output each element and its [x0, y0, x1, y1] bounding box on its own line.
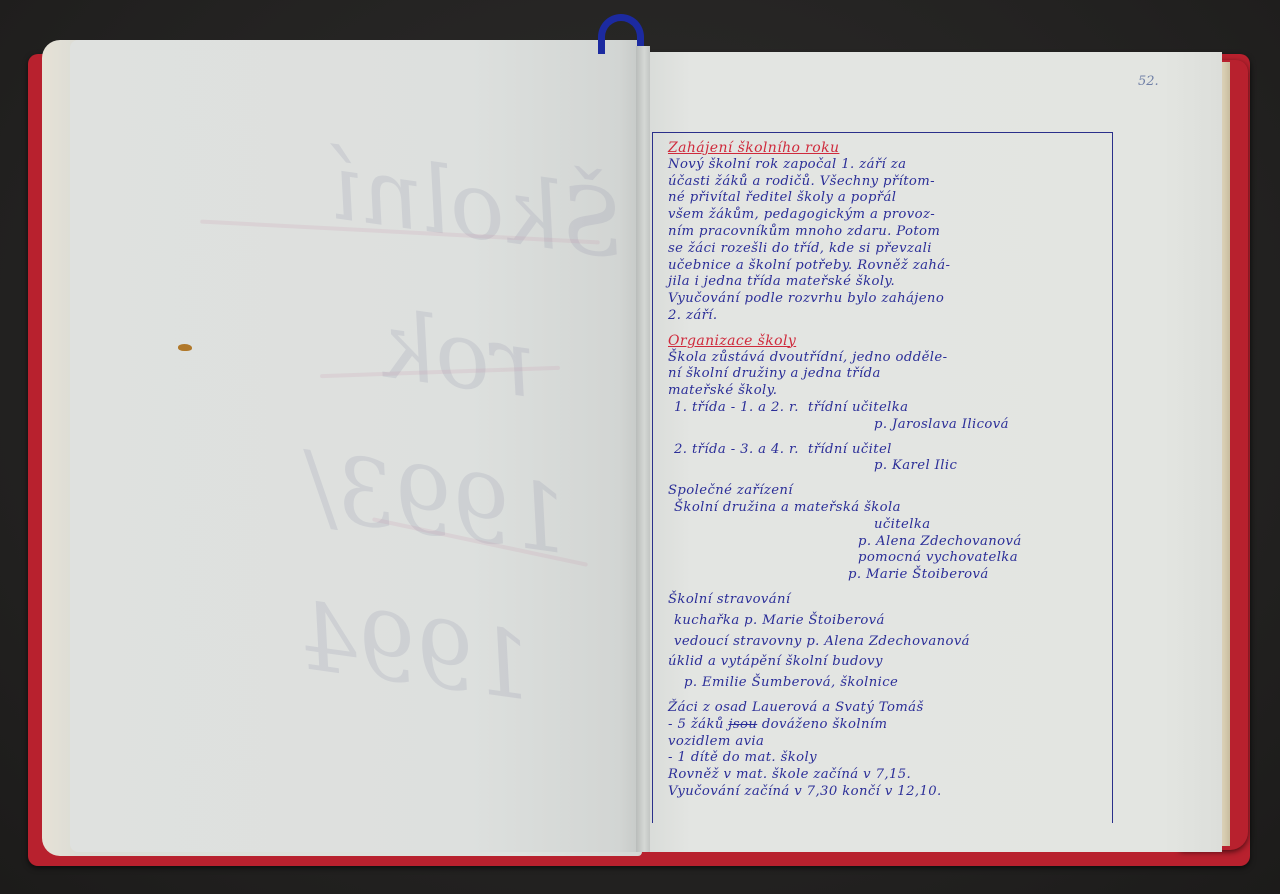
- stain-mark: [178, 344, 192, 351]
- class-person: p. Karel Ilic: [668, 458, 1118, 475]
- text-line: vedoucí stravovny p. Alena Zdechovanová: [668, 634, 1118, 651]
- text-line: Vyučování začíná v 7,30 končí v 12,10.: [668, 784, 1118, 801]
- text-line: 2. září.: [668, 308, 1118, 325]
- class-grades: - 1. a 2. r.: [731, 400, 799, 415]
- left-page: Školní rok 1993/ 1994: [70, 40, 642, 852]
- text-line: kuchařka p. Marie Štoiberová: [668, 613, 1118, 630]
- class-role: třídní učitel: [808, 442, 892, 457]
- page-number: 52.: [1138, 74, 1159, 89]
- class-label: 2. třída: [674, 442, 726, 457]
- class-row: 1. třída - 1. a 2. r. třídní učitelka: [668, 400, 1118, 417]
- text-line: - 5 žáků jsou dováženo školním: [668, 717, 1118, 734]
- text-line: účasti žáků a rodičů. Všechny přítom-: [668, 174, 1118, 191]
- text-line: všem žákům, pedagogickým a provoz-: [668, 207, 1118, 224]
- text-line: né přivítal ředitel školy a popřál: [668, 190, 1118, 207]
- text-line: Rovněž v mat. škole začíná v 7,15.: [668, 767, 1118, 784]
- class-label: 1. třída: [674, 400, 726, 415]
- staff-person: p. Alena Zdechovanová: [668, 534, 1118, 551]
- transport-text: dováženo školním: [762, 717, 888, 732]
- class-person: p. Jaroslava Ilicová: [668, 417, 1118, 434]
- text-line: Nový školní rok započal 1. září za: [668, 157, 1118, 174]
- text-line: se žáci rozešli do tříd, kde si převzali: [668, 241, 1118, 258]
- text-line: jila i jedna třída mateřské školy.: [668, 274, 1118, 291]
- text-line: Vyučování podle rozvrhu bylo zahájeno: [668, 291, 1118, 308]
- book-gutter: [636, 46, 650, 852]
- staff-person: p. Marie Štoiberová: [668, 567, 1118, 584]
- text-line: mateřské školy.: [668, 383, 1118, 400]
- text-line: úklid a vytápění školní budovy: [668, 654, 1118, 671]
- class-row: 2. třída - 3. a 4. r. třídní učitel: [668, 442, 1118, 459]
- text-line: vozidlem avia: [668, 734, 1118, 751]
- section-heading: Organizace školy: [668, 333, 1118, 350]
- staff-role: pomocná vychovatelka: [668, 550, 1118, 567]
- text-line: Škola zůstává dvoutřídní, jedno odděle-: [668, 350, 1118, 367]
- class-role: třídní učitelka: [808, 400, 908, 415]
- text-line: ním pracovníkům mnoho zdaru. Potom: [668, 224, 1118, 241]
- section-heading: Zahájení školního roku: [668, 140, 1118, 157]
- section-heading: Školní stravování: [668, 592, 1118, 609]
- text-line: Žáci z osad Lauerová a Svatý Tomáš: [668, 700, 1118, 717]
- text-line: - 1 dítě do mat. školy: [668, 750, 1118, 767]
- text-line: ní školní družiny a jedna třída: [668, 366, 1118, 383]
- text-line: p. Emilie Šumberová, školnice: [668, 675, 1118, 692]
- class-grades: - 3. a 4. r.: [731, 442, 799, 457]
- show-through-text: Školní rok 1993/ 1994: [183, 101, 642, 720]
- shared-facility-label: Společné zařízení: [668, 483, 1118, 500]
- handwritten-content: Zahájení školního roku Nový školní rok z…: [668, 140, 1118, 801]
- pupil-count: - 5 žáků: [668, 717, 724, 732]
- staff-role: učitelka: [668, 517, 1118, 534]
- struck-word: jsou: [728, 717, 757, 732]
- shared-facility-name: Školní družina a mateřská škola: [668, 500, 1118, 517]
- text-line: učebnice a školní potřeby. Rovněž zahá-: [668, 258, 1118, 275]
